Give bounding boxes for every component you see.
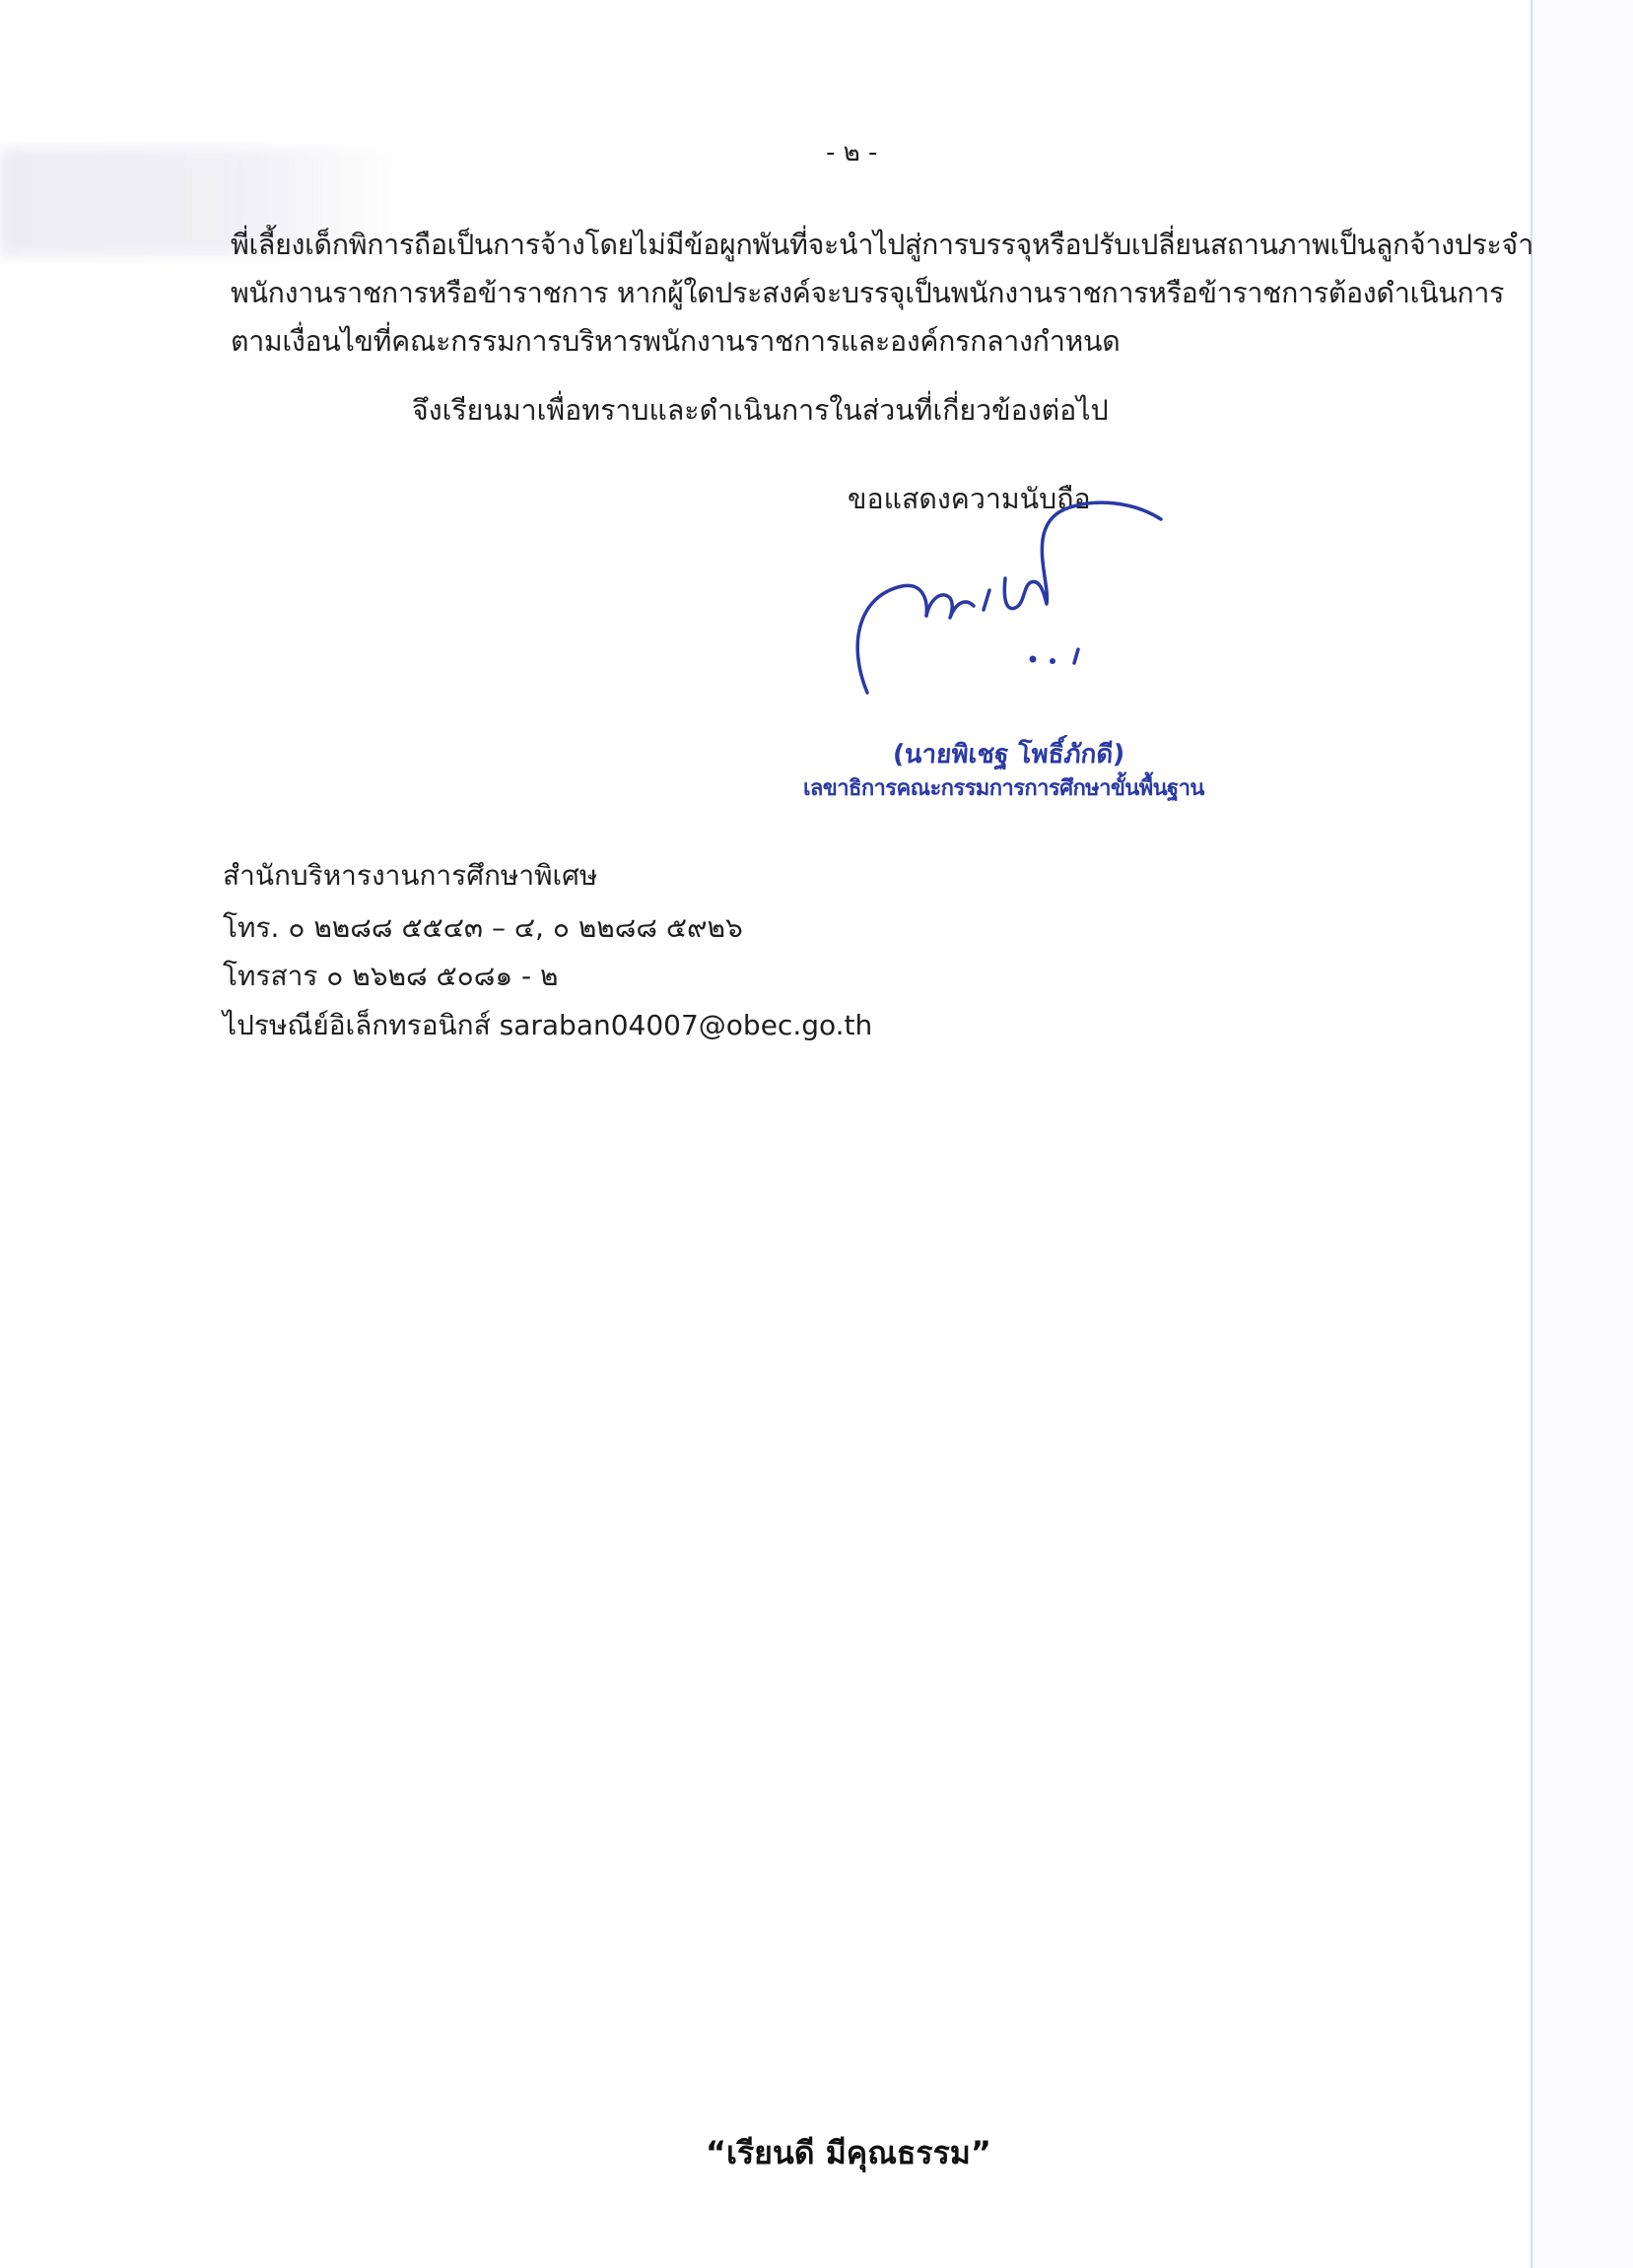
page-edge-line (1531, 0, 1532, 2268)
page-number: - ๒ - (826, 136, 877, 169)
footer-motto: “เรียนดี มีคุณธรรม” (706, 2128, 991, 2178)
contact-email: ไปรษณีย์อิเล็กทรอนิกส์ saraban04007@obec… (223, 1009, 872, 1042)
body-line-3: ตามเงื่อนไขที่คณะกรรมการบริหารพนักงานราช… (231, 325, 1120, 359)
signature-icon (848, 488, 1202, 724)
contact-phone: โทร. ๐ ๒๒๘๘ ๕๕๔๓ – ๔, ๐ ๒๒๘๘ ๕๙๒๖ (223, 911, 743, 945)
contact-fax: โทรสาร ๐ ๒๖๒๘ ๕๐๘๑ - ๒ (223, 960, 558, 993)
body-line-2: พนักงานราชการหรือข้าราชการ หากผู้ใดประสง… (231, 277, 1504, 310)
signer-title-stamp: เลขาธิการคณะกรรมการการศึกษาขั้นพื้นฐาน (803, 770, 1204, 805)
closing-sentence: จึงเรียนมาเพื่อทราบและดำเนินการในส่วนที่… (412, 394, 1109, 428)
body-line-1: พี่เลี้ยงเด็กพิการถือเป็นการจ้างโดยไม่มี… (231, 229, 1533, 262)
signer-name-stamp: (นายพิเชฐ โพธิ์ภักดี) (892, 734, 1126, 774)
contact-office: สำนักบริหารงานการศึกษาพิเศษ (223, 859, 597, 893)
page-margin-shade (1532, 0, 1633, 2268)
